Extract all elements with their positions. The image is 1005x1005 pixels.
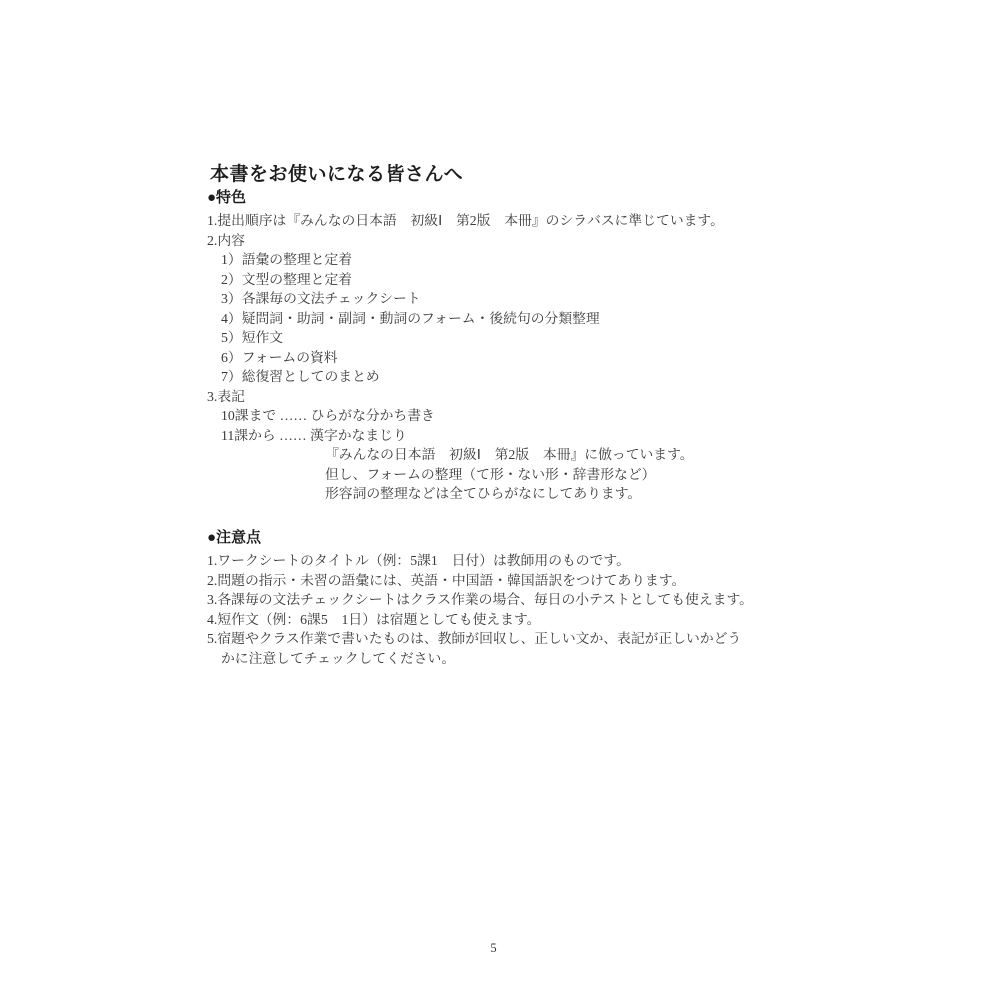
text-line: 3.各課毎の文法チェックシートはクラス作業の場合、毎日の小テストとしても使えます… [207, 590, 753, 610]
page-number: 5 [0, 941, 987, 956]
text-line: 6）フォームの資料 [207, 348, 724, 368]
text-line: 5.宿題やクラス作業で書いたものは、教師が回収し、正しい文か、表記が正しいかどう [207, 629, 753, 649]
text-line: 11課から …… 漢字かなまじり [207, 426, 724, 446]
text-line: かに注意してチェックしてください。 [207, 649, 753, 669]
text-line: 3）各課毎の文法チェックシート [207, 289, 724, 309]
text-line: 4.短作文（例：6課5 1日）は宿題としても使えます。 [207, 610, 753, 630]
text-line: 1）語彙の整理と定着 [207, 250, 724, 270]
section-heading-features: ●特色 [207, 188, 724, 208]
text-line: 4）疑問詞・助詞・副詞・動詞のフォーム・後続句の分類整理 [207, 309, 724, 329]
document-page: 本書をお使いになる皆さんへ ●特色 1.提出順序は『みんなの日本語 初級Ⅰ 第2… [0, 0, 1005, 1005]
page-title: 本書をお使いになる皆さんへ [210, 159, 463, 186]
section-notes: ●注意点 1.ワークシートのタイトル（例：5課1 日付）は教師用のものです。 2… [207, 528, 753, 668]
text-line: 2）文型の整理と定着 [207, 270, 724, 290]
text-line: 7）総復習としてのまとめ [207, 367, 724, 387]
section-heading-notes: ●注意点 [207, 528, 753, 548]
text-line: 10課まで …… ひらがな分かち書き [207, 406, 724, 426]
text-line: 2.問題の指示・未習の語彙には、英語・中国語・韓国語訳をつけてあります。 [207, 571, 753, 591]
text-line: 但し、フォームの整理（て形・ない形・辞書形など） [207, 465, 724, 485]
section-features: ●特色 1.提出順序は『みんなの日本語 初級Ⅰ 第2版 本冊』のシラバスに準じて… [207, 188, 724, 504]
text-line: 形容詞の整理などは全てひらがなにしてあります。 [207, 484, 724, 504]
text-line: 『みんなの日本語 初級Ⅰ 第2版 本冊』に倣っています。 [207, 445, 724, 465]
text-line: 5）短作文 [207, 328, 724, 348]
text-line: 2.内容 [207, 231, 724, 251]
text-line: 1.ワークシートのタイトル（例：5課1 日付）は教師用のものです。 [207, 551, 753, 571]
text-line: 3.表記 [207, 387, 724, 407]
text-line: 1.提出順序は『みんなの日本語 初級Ⅰ 第2版 本冊』のシラバスに準じています。 [207, 211, 724, 231]
